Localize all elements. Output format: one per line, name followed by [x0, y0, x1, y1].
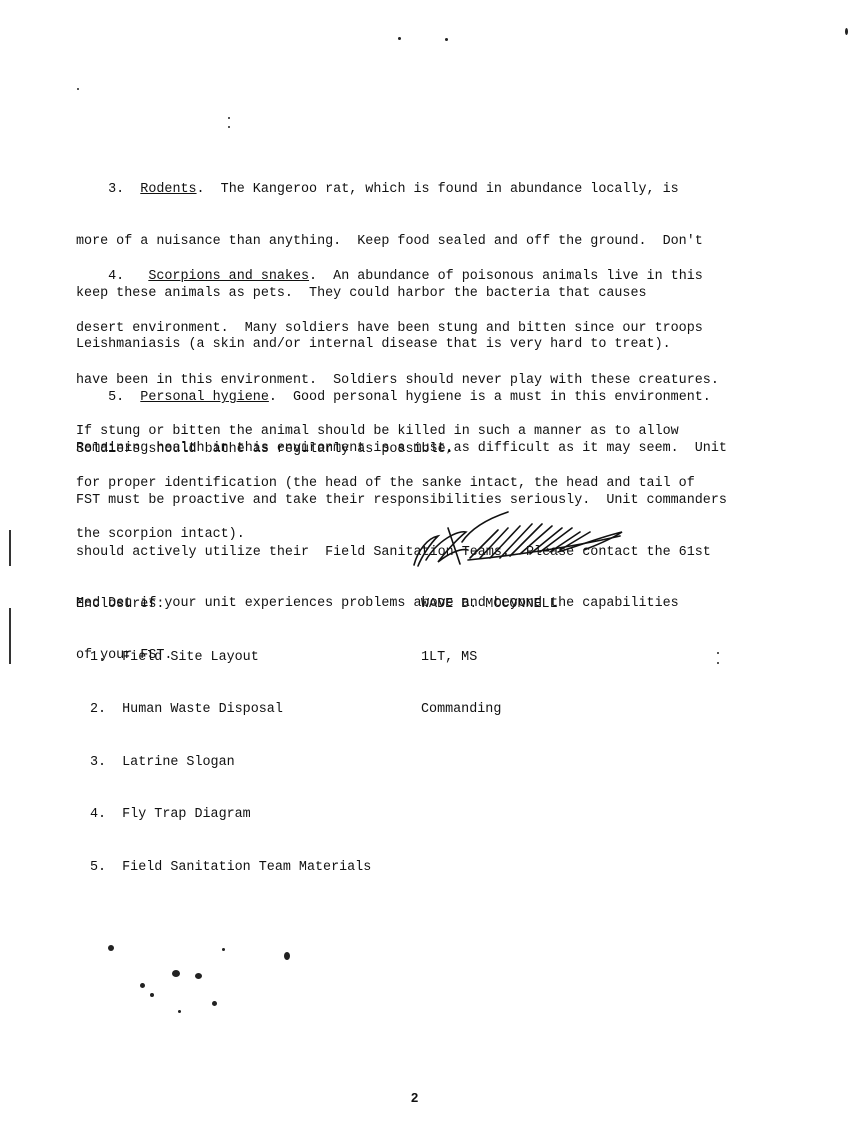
document-page: 3. Rodents. The Kangeroo rat, which is f… [0, 0, 850, 1142]
heading-personal-hygiene: Personal hygiene [140, 390, 269, 405]
enclosure-item: 1. Field Site Layout [76, 649, 371, 667]
enclosure-item: 3. Latrine Slogan [76, 754, 371, 772]
enclosure-item: 2. Human Waste Disposal [76, 701, 371, 719]
page-number: 2 [411, 1090, 418, 1105]
paragraph-line: 4. Scorpions and snakes. An abundance of… [76, 268, 796, 285]
enclosure-item: 5. Field Sanitation Team Materials [76, 859, 371, 877]
paragraph-line: desert environment. Many soldiers have b… [76, 320, 796, 337]
enclosure-item: 4. Fly Trap Diagram [76, 806, 371, 824]
paragraph-line: FST must be proactive and take their res… [76, 492, 796, 509]
paragraph-line: 5. Personal hygiene. Good personal hygie… [76, 389, 796, 406]
heading-scorpions-snakes: Scorpions and snakes [148, 269, 309, 284]
enclosures-list: Enclosures: 1. Field Site Layout 2. Huma… [76, 561, 371, 911]
enclosures-label: Enclosures: [76, 596, 371, 614]
signer-name: WADE B. MCCONNELL [421, 596, 558, 614]
heading-rodents: Rodents [140, 182, 196, 197]
paragraph-line: Remaining health in this environment is … [76, 440, 796, 457]
signer-title: Commanding [421, 701, 558, 719]
paragraph-line: 3. Rodents. The Kangeroo rat, which is f… [76, 181, 796, 198]
signature-block: WADE B. MCCONNELL 1LT, MS Commanding [421, 561, 558, 754]
signer-rank: 1LT, MS [421, 649, 558, 667]
